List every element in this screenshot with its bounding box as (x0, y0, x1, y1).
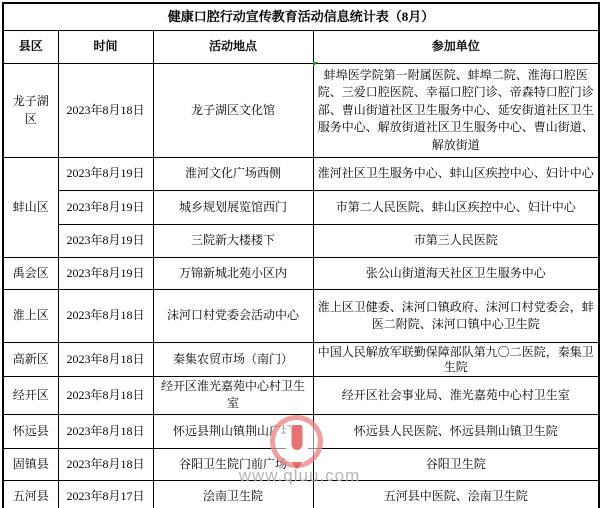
cell-units: 张公山街道海天社区卫生服务中心 (313, 258, 599, 290)
cell-location: 怀远县荆山镇荆山广场 (153, 414, 313, 448)
cell-flag-triangle (313, 62, 318, 67)
cell-units: 市第二人民医院、蚌山区疾控中心、妇计中心 (313, 191, 599, 225)
cell-location: 淮河文化广场西侧 (153, 158, 313, 191)
cell-date: 2023年8月19日 (58, 158, 153, 191)
cell-units: 蚌埠医学院第一附属医院、蚌埠二院、淮海口腔医院、三爱口腔医院、幸福口腔门诊、帝森… (313, 64, 599, 158)
cell-location: 龙子湖区文化馆 (153, 64, 313, 158)
cell-district: 高新区 (3, 343, 58, 377)
cell-units: 怀远县人民医院、怀远县荆山镇卫生院 (313, 414, 599, 448)
table-row: 2023年8月19日 城乡规划展览馆西门 市第二人民医院、蚌山区疾控中心、妇计中… (3, 191, 599, 225)
cell-location: 城乡规划展览馆西门 (153, 191, 313, 225)
cell-location: 谷阳卫生院门前广场 (153, 448, 313, 480)
cell-district: 固镇县 (3, 448, 58, 480)
cell-units: 中国人民解放军联勤保障部队第九〇二医院，秦集卫生院 (313, 343, 599, 377)
cell-district: 怀远县 (3, 414, 58, 448)
cell-district: 龙子湖区 (3, 64, 58, 158)
cell-units: 五河县中医院、浍南卫生院 (313, 480, 599, 508)
table-title: 健康口腔行动宣传教育活动信息统计表（8月） (3, 3, 599, 31)
cell-location: 沫河口村党委会活动中心 (153, 290, 313, 343)
cell-units: 谷阳卫生院 (313, 448, 599, 480)
cell-location: 浍南卫生院 (153, 480, 313, 508)
column-header-date: 时间 (58, 31, 153, 64)
cell-date: 2023年8月19日 (58, 258, 153, 290)
cell-district: 蚌山区 (3, 158, 58, 258)
cell-date: 2023年8月18日 (58, 448, 153, 480)
table-row: 高新区 2023年8月18日 秦集农贸市场（南门） 中国人民解放军联勤保障部队第… (3, 343, 599, 377)
table-row: 禹会区 2023年8月19日 万锦新城北苑小区内 张公山街道海天社区卫生服务中心 (3, 258, 599, 290)
cell-date: 2023年8月19日 (58, 225, 153, 258)
cell-units: 经开区社会事业局、淮光嘉苑中心村卫生室 (313, 377, 599, 415)
cell-location: 万锦新城北苑小区内 (153, 258, 313, 290)
cell-date: 2023年8月18日 (58, 64, 153, 158)
table-row: 固镇县 2023年8月18日 谷阳卫生院门前广场 谷阳卫生院 (3, 448, 599, 480)
cell-district: 淮上区 (3, 290, 58, 343)
cell-date: 2023年8月19日 (58, 191, 153, 225)
table-row: 经开区 2023年8月18日 经开区淮光嘉苑中心村卫生室 经开区社会事业局、淮光… (3, 377, 599, 415)
cell-date: 2023年8月17日 (58, 480, 153, 508)
cell-district: 禹会区 (3, 258, 58, 290)
column-header-district: 县区 (3, 31, 58, 64)
cell-location: 秦集农贸市场（南门） (153, 343, 313, 377)
table-row: 龙子湖区 2023年8月18日 龙子湖区文化馆 蚌埠医学院第一附属医院、蚌埠二院… (3, 64, 599, 158)
column-header-units: 参加单位 (313, 31, 599, 64)
column-header-location: 活动地点 (153, 31, 313, 64)
table-row: 五河县 2023年8月17日 浍南卫生院 五河县中医院、浍南卫生院 (3, 480, 599, 508)
cell-district: 经开区 (3, 377, 58, 415)
cell-units: 淮上区卫健委、沫河口镇政府、沫河口村党委会，蚌医二附院、沫河口镇中心卫生院 (313, 290, 599, 343)
table-row: 怀远县 2023年8月18日 怀远县荆山镇荆山广场 怀远县人民医院、怀远县荆山镇… (3, 414, 599, 448)
cell-date: 2023年8月18日 (58, 290, 153, 343)
cell-location: 三院新大楼楼下 (153, 225, 313, 258)
cell-units: 市第三人民医院 (313, 225, 599, 258)
table-row: 蚌山区 2023年8月19日 淮河文化广场西侧 淮河社区卫生服务中心、蚌山区疾控… (3, 158, 599, 191)
title-row: 健康口腔行动宣传教育活动信息统计表（8月） (3, 3, 599, 31)
cell-location: 经开区淮光嘉苑中心村卫生室 (153, 377, 313, 415)
cell-date: 2023年8月18日 (58, 414, 153, 448)
table-row: 2023年8月19日 三院新大楼楼下 市第三人民医院 (3, 225, 599, 258)
table-row: 淮上区 2023年8月18日 沫河口村党委会活动中心 淮上区卫健委、沫河口镇政府… (3, 290, 599, 343)
activity-statistics-table: 健康口腔行动宣传教育活动信息统计表（8月） 县区 时间 活动地点 参加单位 龙子… (2, 2, 600, 508)
cell-district: 五河县 (3, 480, 58, 508)
cell-units: 淮河社区卫生服务中心、蚌山区疾控中心、妇计中心 (313, 158, 599, 191)
statistics-table-sheet: 健康口腔行动宣传教育活动信息统计表（8月） 县区 时间 活动地点 参加单位 龙子… (2, 2, 598, 508)
header-row: 县区 时间 活动地点 参加单位 (3, 31, 599, 64)
cell-date: 2023年8月18日 (58, 377, 153, 415)
cell-date: 2023年8月18日 (58, 343, 153, 377)
